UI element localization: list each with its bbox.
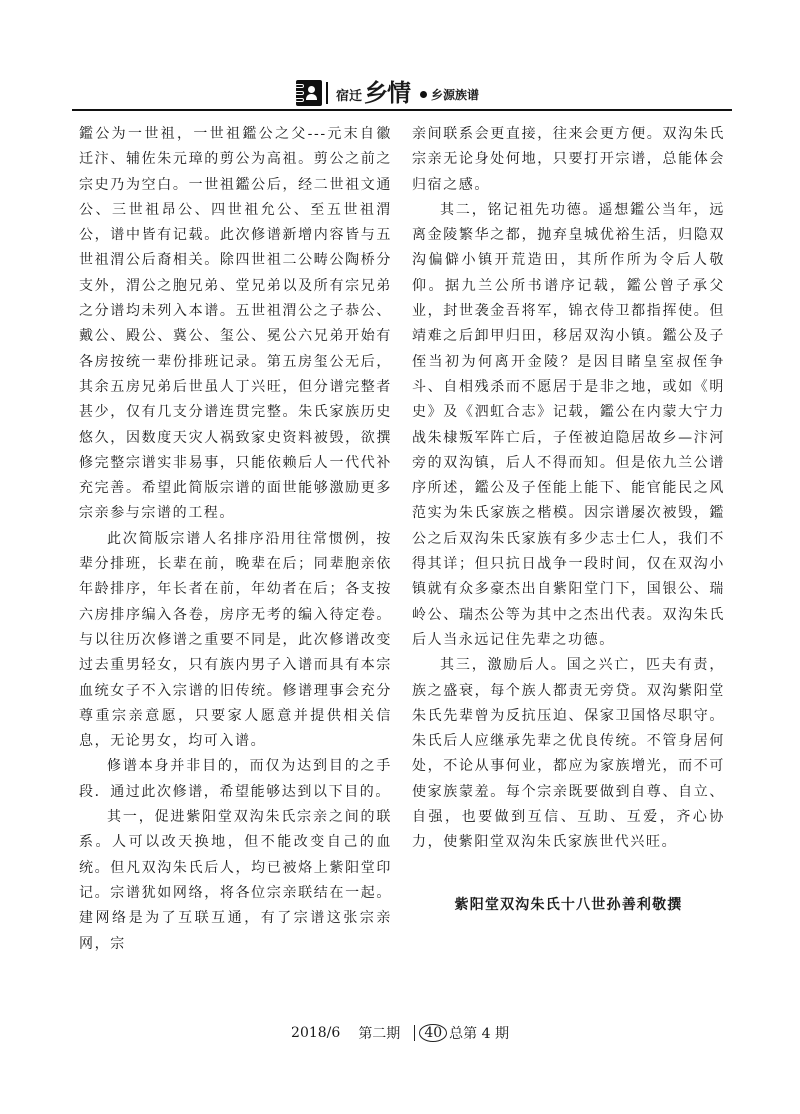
page-number: 40	[419, 1024, 447, 1042]
author-signature: 紫阳堂双沟朱氏十八世孙善利敬撰	[412, 893, 725, 918]
brand-big: 乡情	[364, 80, 410, 106]
left-column: 鑑公为一世祖，一世祖鑑公之父---元末自徽迁汴、辅佐朱元璋的剪公为高祖。剪公之前…	[79, 122, 392, 957]
paragraph: 其三，激励后人。国之兴亡，匹夫有责，族之盛衰，每个族人都责无旁贷。双沟紫阳堂朱氏…	[412, 653, 725, 855]
paragraph: 亲间联系会更直接，往来会更方便。双沟朱氏宗亲无论身处何地，只要打开宗谱，总能体会…	[412, 122, 725, 198]
section-title: 乡源族谱	[431, 86, 479, 103]
brand-small: 宿迁	[336, 85, 362, 104]
paragraph: 鑑公为一世祖，一世祖鑑公之父---元末自徽迁汴、辅佐朱元璋的剪公为高祖。剪公之前…	[79, 122, 392, 527]
page-footer: 2018/6 第二期 40 总第 4 期	[0, 1023, 800, 1043]
paragraph: 其一，促进紫阳堂双沟朱氏宗亲之间的联系。人可以改天换地，但不能改变自己的血统。但…	[79, 805, 392, 957]
footer-divider	[414, 1025, 415, 1041]
paragraph: 此次简版宗谱人名排序沿用往常惯例，按辈分排班，长辈在前，晚辈在后；同辈胞亲依年龄…	[79, 527, 392, 755]
issue-date: 2018/6	[291, 1025, 340, 1041]
issue-number: 第二期	[358, 1023, 400, 1043]
header-divider	[72, 109, 732, 111]
page-header: 宿迁 乡情 乡源族谱	[70, 76, 730, 106]
address-book-icon	[296, 80, 322, 106]
right-column: 亲间联系会更直接，往来会更方便。双沟朱氏宗亲无论身处何地，只要打开宗谱，总能体会…	[412, 122, 725, 918]
paragraph: 其二，铭记祖先功德。遥想鑑公当年，远离金陵繁华之都，抛弃皇城优裕生活，归隐双沟偏…	[412, 198, 725, 653]
header-masthead: 宿迁 乡情 乡源族谱	[296, 76, 479, 106]
total-issue: 总第 4 期	[449, 1023, 509, 1043]
paragraph: 修谱本身并非目的，而仅为达到目的之手段．通过此次修谱，希望能够达到以下目的。	[79, 754, 392, 805]
section-label: 乡源族谱	[420, 86, 479, 103]
bullet-icon	[420, 91, 427, 98]
